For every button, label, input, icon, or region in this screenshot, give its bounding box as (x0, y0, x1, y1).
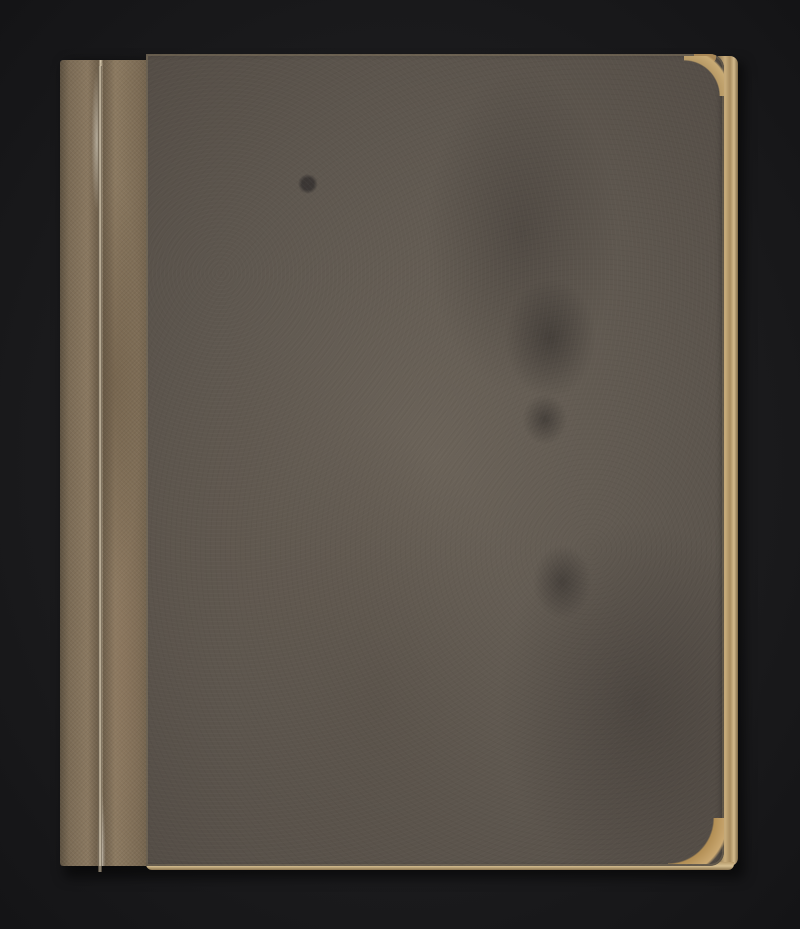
front-cover-board (146, 54, 724, 866)
worn-corner-top-right (684, 56, 724, 96)
spine-wear (60, 60, 152, 866)
book (60, 54, 738, 870)
worn-corner-bottom-right (668, 818, 724, 864)
cover-edge (146, 54, 724, 866)
book-spine (60, 60, 152, 866)
spine-hinge (98, 66, 102, 872)
